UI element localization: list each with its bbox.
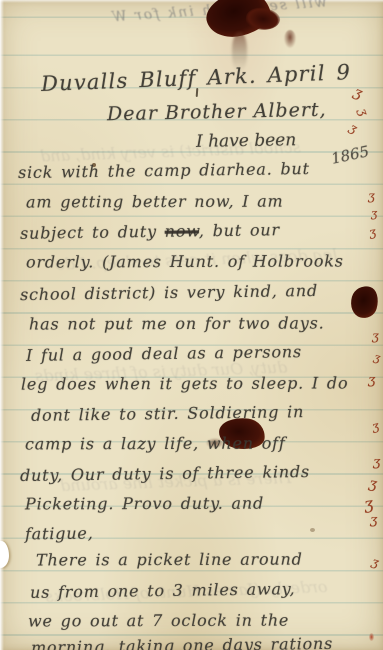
- red-edge-mark: ʒ: [371, 419, 380, 432]
- letter-line: There is a picket line around: [36, 550, 303, 570]
- paper-edge-left: [0, 0, 4, 650]
- red-edge-mark: ʒ: [351, 85, 364, 101]
- letter-line: fatigue,: [25, 524, 94, 544]
- paper-speck: [310, 528, 315, 532]
- letter-line: us from one to 3 miles away,: [30, 579, 296, 602]
- letter-line: school district) is very kind, and: [20, 281, 318, 304]
- red-edge-mark: ʒ: [371, 208, 377, 219]
- ink-blot-right: [347, 283, 382, 321]
- letter-line: has not put me on for two days.: [29, 313, 325, 333]
- year-mark: 1865: [330, 142, 371, 168]
- letter-line: morning. taking one days rations: [31, 634, 333, 650]
- struck-line-pre: subject to duty: [20, 222, 165, 243]
- ink-drip: [284, 30, 296, 48]
- red-edge-mark: ʒ: [368, 190, 375, 202]
- red-edge-mark: ʒ: [373, 351, 382, 363]
- red-speck: [369, 633, 374, 641]
- red-edge-mark: ʒ: [357, 107, 371, 117]
- red-edge-mark: ʒ: [373, 456, 380, 469]
- letter-line-struck: subject to duty now, but our: [20, 220, 280, 243]
- letter-line: camp is a lazy life, when off: [25, 434, 286, 454]
- letter-line: I have been: [196, 130, 297, 152]
- red-edge-mark: ʒ: [368, 374, 375, 387]
- struck-line-post: , but our: [199, 220, 280, 240]
- red-edge-mark: ʒ: [370, 514, 377, 527]
- letter-salutation: Dear Brother Albert,: [107, 99, 327, 126]
- letter-line: leg does when it gets to sleep. I do: [21, 373, 348, 393]
- letter-line: sick with the camp diarhea. but: [18, 159, 310, 182]
- red-edge-mark: ʒ: [370, 555, 380, 569]
- letter-page: will send with ink for W school district…: [0, 0, 383, 650]
- letter-line: Picketing. Provo duty. and: [25, 494, 264, 514]
- red-edge-mark: ʒ: [368, 226, 377, 239]
- red-edge-mark: ʒ: [368, 476, 378, 491]
- red-edge-mark: ʒ: [347, 121, 359, 135]
- letter-line: we go out at 7 oclock in the: [28, 611, 289, 631]
- struck-word: now: [165, 221, 199, 240]
- red-edge-mark: ʒ: [372, 330, 379, 342]
- letter-line: orderly. (James Hunt. of Holbrooks: [26, 251, 344, 271]
- letter-line: am getting better now, I am: [26, 192, 284, 212]
- letter-line: dont like to stir. Soldiering in: [31, 402, 304, 425]
- red-edge-mark: ʒ: [363, 495, 374, 512]
- letter-line: I ful a good deal as a persons: [26, 342, 302, 365]
- letter-line: duty, Our duty is of three kinds: [20, 462, 310, 485]
